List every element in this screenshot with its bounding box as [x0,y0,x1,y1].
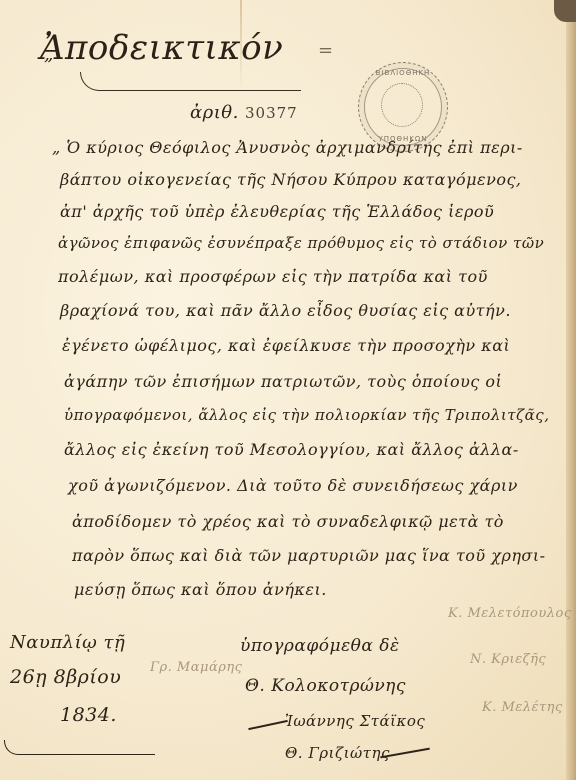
body-line: μεύσῃ ὅπως καὶ ὅπου ἀνήκει. [74,580,327,599]
reference-number: 30377 [245,104,298,122]
signature-3: Θ. Γριζιώτης [285,744,390,762]
signature-flourish [248,720,287,730]
signatories-heading: ὑπογραφόμεθα δὲ [240,636,400,656]
body-line: βάπτου οἰκογενείας τῆς Νήσου Κύπρου κατα… [60,170,522,189]
body-line: ἀποδίδομεν τὸ χρέος καὶ τὸ συναδελφικῷ μ… [72,512,504,531]
body-line: ἀπ' ἀρχῆς τοῦ ὑπὲρ ἐλευθερίας τῆς Ἑλλάδο… [60,202,494,221]
document-page: „ Ἀποδεικτικόν = ἀριθ. 30377 ΒΙΒΛΙΟΘΗΚΗ … [0,0,576,780]
year-line: 1834. [60,704,117,726]
date-line: 26ῃ 8βρίου [10,666,121,688]
stamp-top-text: ΒΙΒΛΙΟΘΗΚΗ [359,69,447,77]
torn-corner [554,0,576,22]
body-line: ὑπογραφόμενοι, ἄλλος εἰς τὴν πολιορκίαν … [64,406,549,424]
body-line: ἀγάπην τῶν ἐπισήμων πατριωτῶν, τοὺς ὁποί… [64,372,502,391]
title-underline [80,72,301,91]
stamp-emblem-icon [381,83,423,127]
body-line: παρὸν ὅπως καὶ διὰ τῶν μαρτυριῶν μας ἵνα… [72,546,546,565]
faded-signature: Κ. Μελέτης [482,700,563,715]
place-line: Ναυπλίῳ τῇ [10,632,125,653]
paper-edge [566,0,576,780]
body-line: πολέμων, καὶ προσφέρων εἰς τὴν πατρίδα κ… [58,267,488,286]
body-line: „ Ὁ κύριος Θεόφιλος Ἀνυσνὸς ἀρχιμανδρίτη… [52,138,523,157]
body-line: ἄλλος εἰς ἐκείνη τοῦ Μεσολογγίου, καὶ ἄλ… [64,440,519,459]
body-line: ἀγῶνος ἐπιφανῶς ἐσυνέπραξε πρόθυμος εἰς … [58,234,544,252]
signature-2: Ἰωάννης Στάϊκος [285,712,425,730]
body-line: βραχίονά του, καὶ πᾶν ἄλλο εἶδος θυσίας … [60,301,511,320]
date-underline [4,740,155,755]
document-title: Ἀποδεικτικόν [40,28,283,68]
reference-label: ἀριθ. [190,102,239,123]
faded-signature: Ν. Κριεζῆς [470,652,546,667]
signature-1: Θ. Κολοκοτρώνης [245,676,406,696]
faded-signature: Κ. Μελετόπουλος [448,606,572,621]
faded-signature: Γρ. Μαμάρης [150,660,242,675]
title-dash: = [318,40,334,61]
body-line: ἐγένετο ὠφέλιμος, καὶ ἐφείλκυσε τὴν προσ… [62,336,510,355]
body-line: χοῦ ἀγωνιζόμενον. Διὰ τοῦτο δὲ συνειδήσε… [68,476,518,495]
